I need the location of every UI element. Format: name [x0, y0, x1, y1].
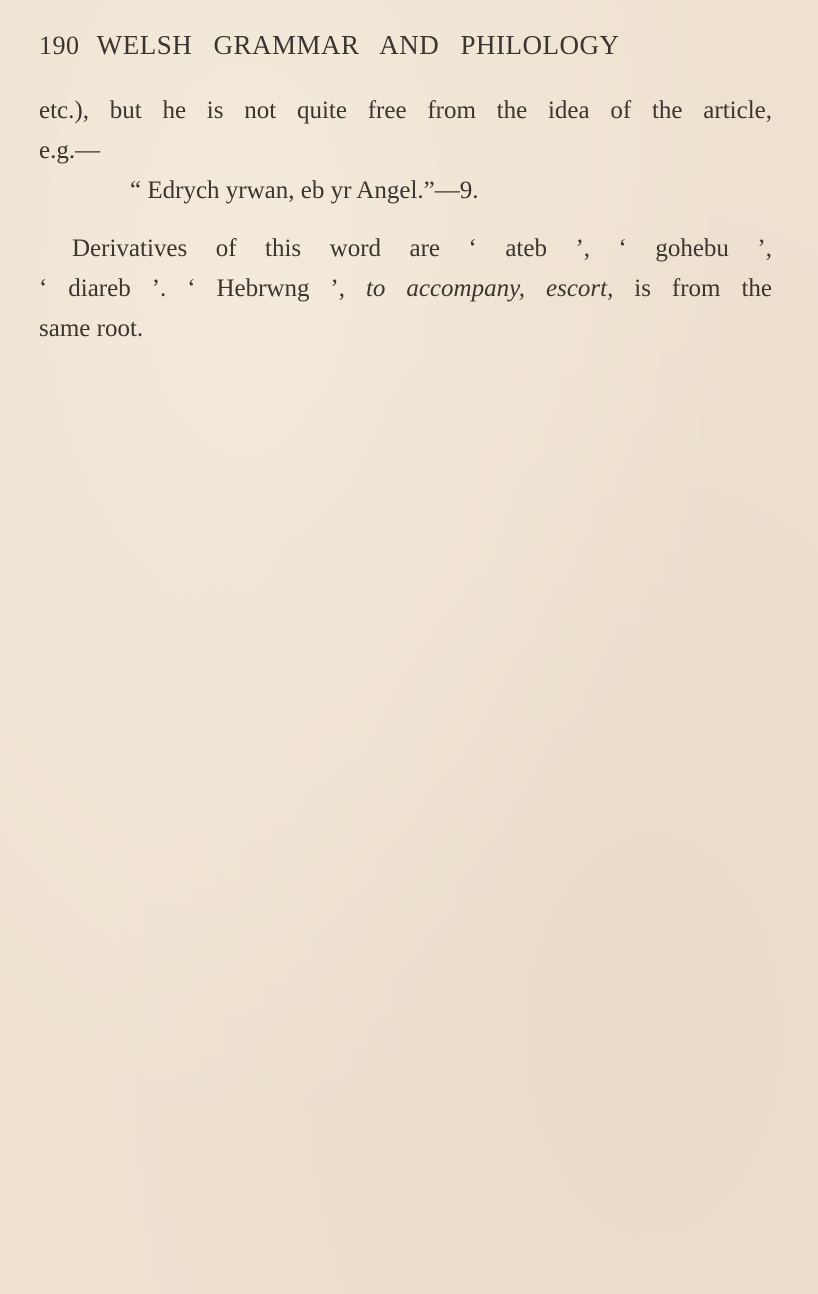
paragraph-line: ‘ diareb ’. ‘ Hebrwng ’, to accompany, e…	[39, 274, 772, 304]
page-number: 190	[39, 31, 80, 60]
running-header: 190 WELSH GRAMMAR AND PHILOLOGY	[39, 30, 759, 61]
paragraph-line: Derivatives of this word are ‘ ateb ’, ‘…	[72, 234, 772, 264]
text-span: is from the	[613, 275, 772, 302]
paragraph-line: same root.	[39, 314, 772, 344]
quotation: “ Edrych yrwan, eb yr Angel.”—9.	[130, 176, 479, 206]
book-page: 190 WELSH GRAMMAR AND PHILOLOGY etc.), b…	[0, 0, 818, 1294]
paragraph-line: etc.), but he is not quite free from the…	[39, 96, 772, 126]
running-title: WELSH GRAMMAR AND PHILOLOGY	[97, 30, 620, 60]
italic-gloss: to accompany, escort,	[366, 275, 613, 302]
text-span: ‘ diareb ’. ‘ Hebrwng ’,	[39, 275, 366, 302]
paragraph-line: e.g.—	[39, 136, 772, 166]
